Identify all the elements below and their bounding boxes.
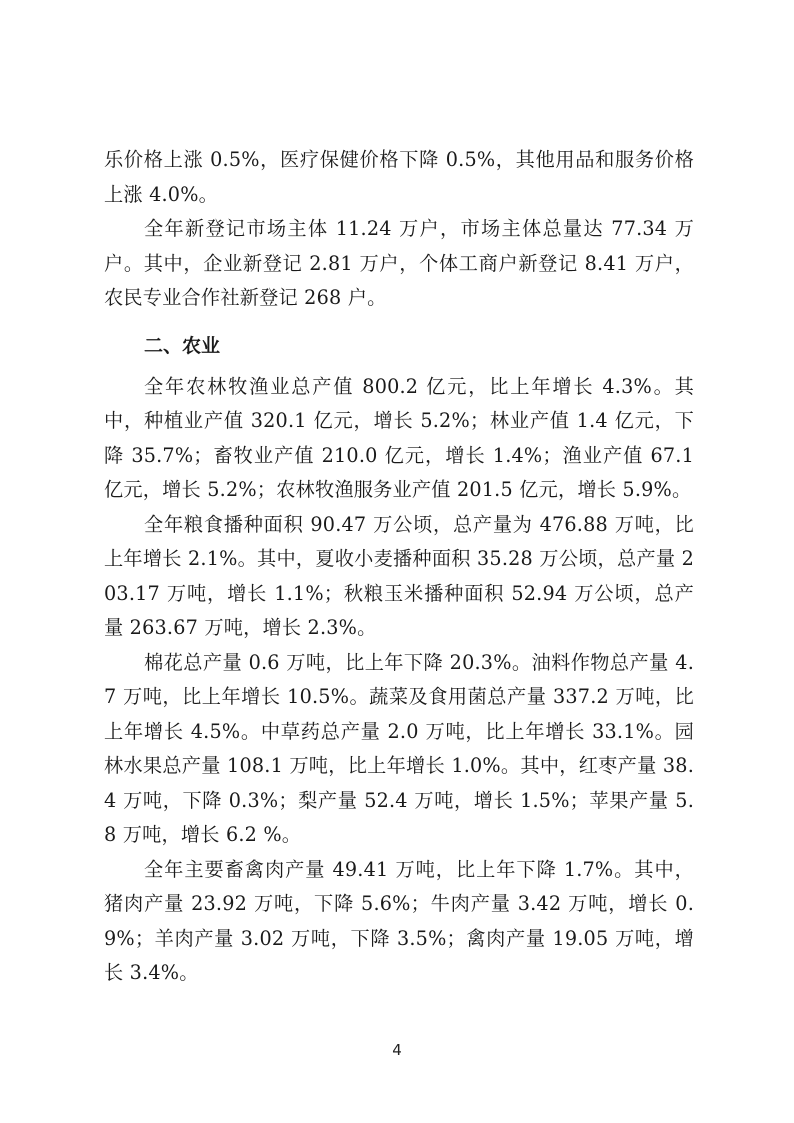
paragraph-price-continuation: 乐价格上涨 0.5%，医疗保健价格下降 0.5%，其他用品和服务价格上涨 4.0… [104, 143, 694, 212]
document-page-body: 乐价格上涨 0.5%，医疗保健价格下降 0.5%，其他用品和服务价格上涨 4.0… [104, 143, 694, 991]
section-heading-agriculture: 二、农业 [104, 328, 694, 364]
paragraph-crops-fruits: 棉花总产量 0.6 万吨，比上年下降 20.3%。油料作物总产量 4.7 万吨，… [104, 646, 694, 853]
paragraph-grain: 全年粮食播种面积 90.47 万公顷，总产量为 476.88 万吨，比上年增长 … [104, 508, 694, 646]
paragraph-market-entities: 全年新登记市场主体 11.24 万户，市场主体总量达 77.34 万户。其中，企… [104, 212, 694, 316]
paragraph-meat: 全年主要畜禽肉产量 49.41 万吨，比上年下降 1.7%。其中，猪肉产量 23… [104, 853, 694, 991]
page-number: 4 [0, 1041, 794, 1059]
paragraph-output-value: 全年农林牧渔业总产值 800.2 亿元，比上年增长 4.3%。其中，种植业产值 … [104, 370, 694, 508]
